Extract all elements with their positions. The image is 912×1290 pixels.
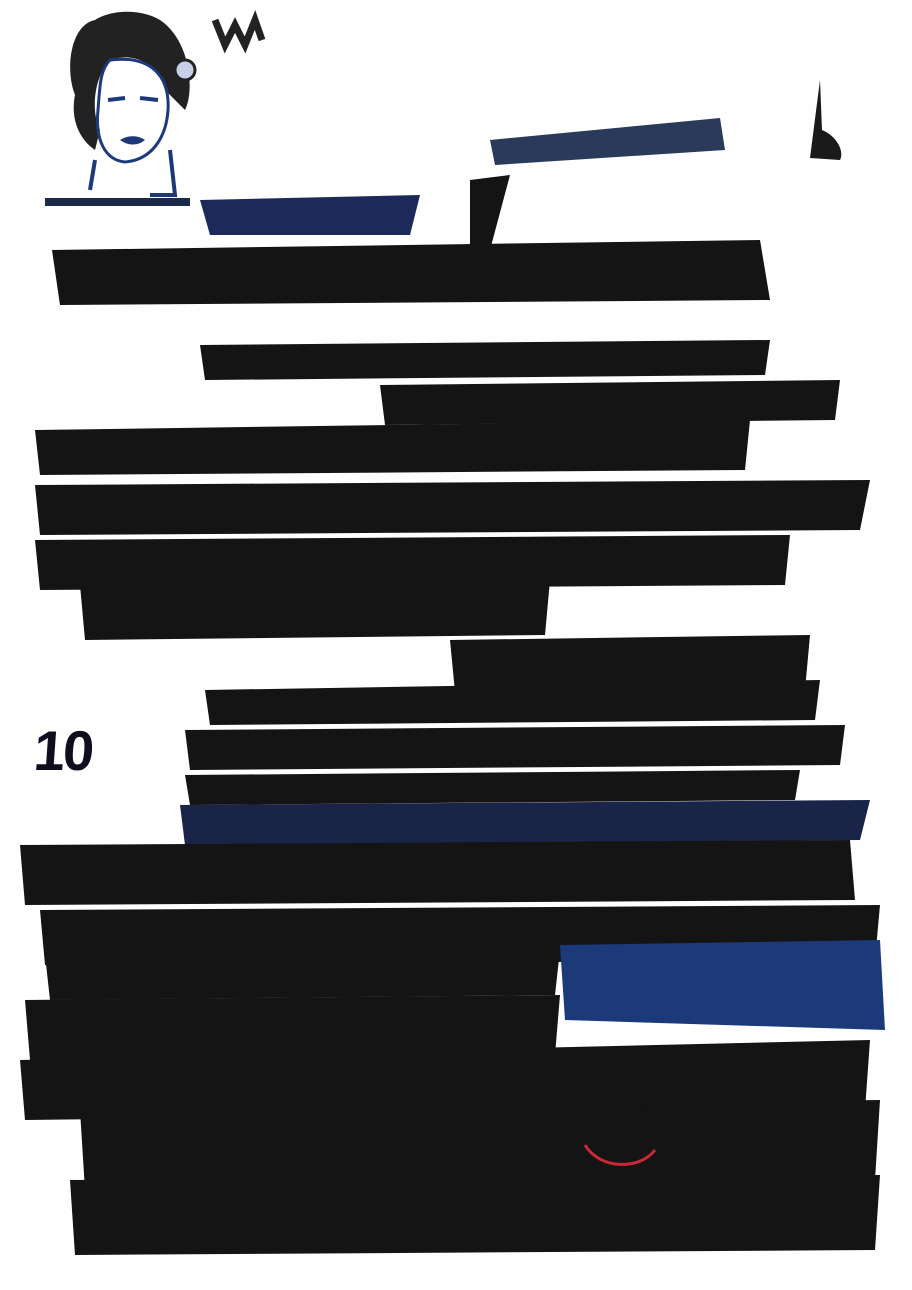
artwork-page: 10 bbox=[0, 0, 912, 1290]
calligraphy-strokes bbox=[0, 0, 912, 1290]
signature-mark bbox=[215, 20, 262, 45]
page-number: 10 bbox=[32, 718, 95, 783]
handwriting-lines bbox=[20, 80, 885, 1255]
portrait-drawing bbox=[45, 12, 195, 206]
